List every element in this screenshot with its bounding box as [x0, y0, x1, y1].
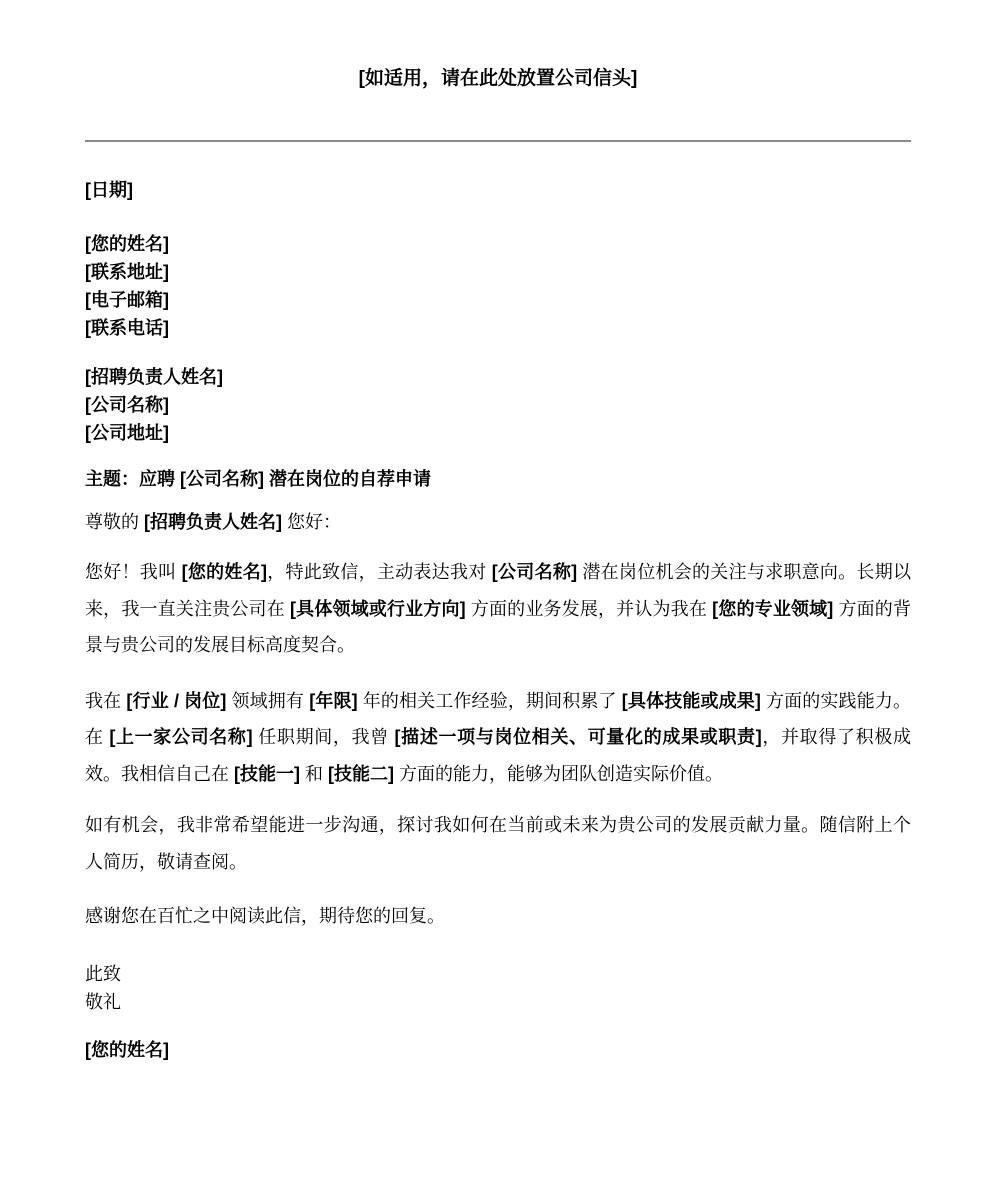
- salutation: 尊敬的 [招聘负责人姓名] 您好：: [85, 508, 911, 536]
- signature-name: [您的姓名]: [85, 1036, 911, 1064]
- paragraph-intro: 您好！我叫 [您的姓名]，特此致信，主动表达我对 [公司名称] 潜在岗位机会的关…: [85, 554, 911, 664]
- closing-valediction: 此致敬礼: [85, 960, 911, 1016]
- letterhead-placeholder: [如适用，请在此处放置公司信头]: [85, 66, 911, 92]
- letterhead-divider: [85, 140, 911, 142]
- sender-info-block: [您的姓名][联系地址][电子邮箱][联系电话]: [85, 230, 911, 342]
- paragraph-thanks: 感谢您在百忙之中阅读此信，期待您的回复。: [85, 898, 911, 935]
- date-placeholder: [日期]: [85, 176, 911, 204]
- recipient-info-block: [招聘负责人姓名][公司名称][公司地址]: [85, 363, 911, 447]
- cover-letter-document: [如适用，请在此处放置公司信头] [日期] [您的姓名][联系地址][电子邮箱]…: [0, 0, 996, 1180]
- paragraph-experience: 我在 [行业 / 岗位] 领域拥有 [年限] 年的相关工作经验，期间积累了 [具…: [85, 683, 911, 793]
- paragraph-request: 如有机会，我非常希望能进一步沟通，探讨我如何在当前或未来为贵公司的发展贡献力量。…: [85, 807, 911, 880]
- subject-line: 主题：应聘 [公司名称] 潜在岗位的自荐申请: [85, 465, 911, 493]
